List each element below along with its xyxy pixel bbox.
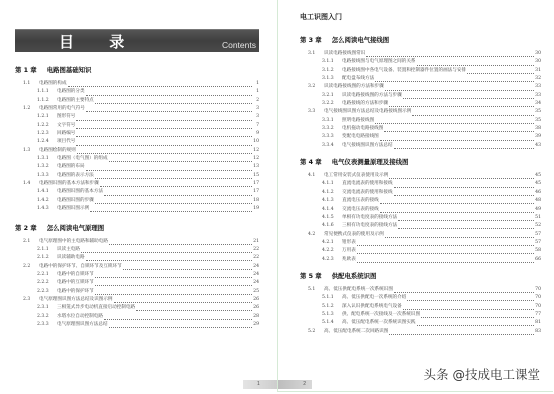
- banner-subtitle: Contents: [222, 40, 256, 50]
- chapter-number: 第 3 章: [300, 36, 322, 44]
- entry-page-number: 26: [253, 296, 259, 304]
- toc-subsection-entry[interactable]: 4.1.3直流电压表的接线48: [300, 197, 541, 205]
- entry-code: 4.2.3: [322, 256, 342, 264]
- entry-title: 电路图的主要特点: [57, 97, 94, 105]
- entry-code: 1.2.4: [37, 138, 57, 146]
- toc-section-entry[interactable]: 2.2电路中的保护环节、自锁环节及互锁环节24: [15, 263, 259, 271]
- entry-page-number: 51: [535, 214, 541, 222]
- toc-subsection-entry[interactable]: 4.2.2万用表58: [300, 247, 541, 255]
- entry-page-number: 21: [253, 238, 259, 246]
- entry-page-number: 66: [535, 256, 541, 264]
- banner-title: 目 录: [59, 31, 139, 52]
- toc-subsection-entry[interactable]: 1.4.2电路图识图的步骤18: [15, 197, 259, 205]
- entry-title: 三相笼式异步电动机直接启动控制电路: [57, 304, 135, 312]
- toc-subsection-entry[interactable]: 1.3.2电路图的布局13: [15, 163, 259, 171]
- entry-title: 照明电路接线图: [342, 117, 374, 125]
- entry-title: 电路图的布局: [57, 163, 85, 171]
- dot-leader: [100, 181, 252, 187]
- entry-title: 钳形表: [342, 239, 356, 247]
- dot-leader: [417, 320, 534, 326]
- dot-leader: [95, 173, 252, 179]
- dot-leader: [95, 289, 252, 295]
- dot-leader: [357, 240, 534, 246]
- toc-subsection-entry[interactable]: 3.1.3配电盘布线方法32: [300, 75, 541, 83]
- dot-leader: [104, 190, 252, 196]
- entry-page-number: 9: [253, 130, 259, 138]
- watermark: 头条 @技成电工课堂: [424, 365, 540, 383]
- dot-leader: [375, 76, 534, 82]
- toc-subsection-entry[interactable]: 3.2.2电路接线的方法和步骤34: [300, 100, 541, 108]
- entry-title: 电路中的保护环节、自锁环节及互锁环节: [39, 263, 122, 271]
- entry-code: 1.1: [23, 80, 39, 88]
- entry-title: 文字符号: [57, 122, 75, 130]
- toc-subsection-entry[interactable]: 3.1.2电路接线图中各电气设备、装置和控制器件位置的画法与安排31: [300, 67, 541, 75]
- entry-page-number: 17: [253, 180, 259, 188]
- entry-page-number: 25: [253, 288, 259, 296]
- entry-title: 电气原理图中的主电路和辅助电路: [39, 238, 108, 246]
- toc-subsection-entry[interactable]: 1.3.3电路图的表示方法15: [15, 172, 259, 180]
- entry-title: 电路图的表示方法: [57, 172, 94, 180]
- entry-title: 高、低压供配电一次系统的介绍: [342, 294, 406, 302]
- entry-page-number: 38: [535, 125, 541, 133]
- entry-page-number: 33: [535, 83, 541, 91]
- toc-subsection-entry[interactable]: 1.2.3回路编号9: [15, 130, 259, 138]
- chapter-title: 怎么阅读电气接线图: [332, 36, 390, 44]
- entry-code: 3.3.2: [322, 125, 342, 133]
- entry-code: 2.3: [23, 296, 39, 304]
- entry-code: 1.1.1: [37, 88, 57, 96]
- entry-page-number: 1: [253, 80, 259, 88]
- dot-leader: [109, 239, 252, 245]
- entry-title: 单相有功电度表的接线方法: [342, 214, 397, 222]
- entry-code: 3.1: [308, 50, 324, 58]
- right-page: 电工识图入门 第 3 章怎么阅读电气接线图3.1识读电路接线图常识303.1.1…: [277, 0, 553, 392]
- toc-subsection-entry[interactable]: 3.3.4电气接线图识图方法总结43: [300, 142, 541, 150]
- entry-page-number: 22: [253, 246, 259, 254]
- entry-code: 1.2: [23, 105, 39, 113]
- toc-subsection-entry[interactable]: 1.4.3电路图识图示例19: [15, 205, 259, 213]
- entry-code: 2.3.2: [37, 313, 57, 321]
- entry-title: 常见便携式仪表的使用及示例: [324, 231, 384, 239]
- entry-code: 2.3.1: [37, 304, 57, 312]
- entry-page-number: 83: [535, 328, 541, 336]
- entry-code: 3.3.4: [322, 142, 342, 150]
- entry-title: 三相有功电度表的接线方法: [342, 222, 397, 230]
- entry-page-number: 35: [535, 117, 541, 125]
- entry-code: 1.3.2: [37, 163, 57, 171]
- dot-leader: [384, 126, 534, 132]
- entry-title: 电路中的保护环节: [57, 288, 94, 296]
- dot-leader: [86, 255, 252, 261]
- entry-title: 电路图常用的电气符号: [39, 105, 85, 113]
- toc-subsection-entry[interactable]: 5.1.4高、低压配电系统一次系统识图实践81: [300, 319, 541, 327]
- chapter-title: 怎么阅读电气原理图: [47, 224, 105, 232]
- toc-subsection-entry[interactable]: 1.2.2文字符号7: [15, 122, 259, 130]
- entry-code: 4.1.4: [322, 206, 342, 214]
- toc-section-entry[interactable]: 1.4电路图识图的基本方法和步骤17: [15, 180, 259, 188]
- toc-section-entry[interactable]: 1.3电路图绘制的规则12: [15, 147, 259, 155]
- entry-code: 1.4.1: [37, 188, 57, 196]
- entry-title: 直流电压表的接线: [342, 197, 379, 205]
- toc-subsection-entry[interactable]: 3.3.2电机拖动电路接线图38: [300, 125, 541, 133]
- entry-code: 2.1.1: [37, 246, 57, 254]
- chapter-block: 第 5 章供配电系统识图5.1高、低压供配电系统一次系统识图705.1.1高、低…: [300, 272, 541, 336]
- entry-title: 识读主电路: [57, 246, 80, 254]
- chapter-block: 第 1 章电路图基础知识1.1电路图的构成11.1.1电路图的分类11.1.2电…: [15, 66, 259, 214]
- chapter-block: 第 4 章电气仪表测量原理及接线图4.1电工常用安装式仪表使用及示例454.1.…: [300, 158, 541, 264]
- entry-page-number: 10: [253, 138, 259, 146]
- dot-leader: [357, 257, 534, 263]
- entry-page-number: 52: [535, 222, 541, 230]
- chapter-number: 第 5 章: [300, 272, 322, 280]
- entry-page-number: 81: [535, 319, 541, 327]
- entry-title: 识读电路接线图常识: [324, 50, 365, 58]
- entry-code: 2.2.2: [37, 279, 57, 287]
- entry-title: 电路图（电气图）的组成: [57, 155, 108, 163]
- entry-code: 2.1.2: [37, 254, 57, 262]
- dot-leader: [394, 190, 534, 196]
- toc-subsection-entry[interactable]: 2.1.1识读主电路22: [15, 246, 259, 254]
- entry-page-number: 1: [253, 88, 259, 96]
- page-number-left: 1: [243, 380, 277, 389]
- toc-subsection-entry[interactable]: 4.1.5单相有功电度表的接线方法51: [300, 214, 541, 222]
- entry-title: 交流电压表的接线: [342, 206, 379, 214]
- dot-leader: [394, 143, 534, 149]
- entry-page-number: 26: [253, 304, 259, 312]
- dot-leader: [380, 135, 534, 141]
- entry-page-number: 19: [253, 205, 259, 213]
- entry-page-number: 29: [253, 321, 259, 329]
- dot-leader: [95, 198, 252, 204]
- entry-page-number: 22: [253, 254, 259, 262]
- entry-code: 3.3: [308, 108, 324, 116]
- toc-subsection-entry[interactable]: 2.2.2电路中的互锁环节24: [15, 279, 259, 287]
- entry-code: 4.1.6: [322, 222, 342, 230]
- entry-title: 图形符号: [57, 113, 75, 121]
- entry-page-number: 77: [535, 311, 541, 319]
- entry-code: 4.1.2: [322, 189, 342, 197]
- dot-leader: [380, 198, 534, 204]
- toc-left: 第 1 章电路图基础知识1.1电路图的构成11.1.1电路图的分类11.1.2电…: [15, 66, 259, 329]
- entry-page-number: 30: [535, 50, 541, 58]
- toc-subsection-entry[interactable]: 4.1.4交流电压表的接线49: [300, 206, 541, 214]
- toc-subsection-entry[interactable]: 4.2.3兆欧表66: [300, 256, 541, 264]
- entry-code: 5.1.3: [322, 311, 342, 319]
- toc-section-entry[interactable]: 2.1电气原理图中的主电路和辅助电路21: [15, 238, 259, 246]
- entry-code: 4.2.1: [322, 239, 342, 247]
- entry-code: 4.1: [308, 172, 324, 180]
- toc-subsection-entry[interactable]: 4.2.1钳形表57: [300, 239, 541, 247]
- entry-code: 3.3.3: [322, 133, 342, 141]
- toc-section-entry[interactable]: 4.1电工常用安装式仪表使用及示例45: [300, 172, 541, 180]
- dot-leader: [76, 131, 252, 137]
- entry-page-number: 45: [535, 180, 541, 188]
- dot-leader: [394, 287, 534, 293]
- entry-title: 高、低压供配电系统一次系统识图: [324, 286, 393, 294]
- entry-code: 3.3.1: [322, 117, 342, 125]
- entry-title: 电气接线图识图方法总结及电路接线图示例: [324, 108, 411, 116]
- left-page: 目 录 Contents 第 1 章电路图基础知识1.1电路图的构成11.1.1…: [0, 0, 277, 394]
- dot-leader: [136, 305, 252, 311]
- entry-title: 电路接线的方法和步骤: [342, 100, 388, 108]
- toc-section-entry[interactable]: 5.2高、低压配电系统二次回路识图83: [300, 328, 541, 336]
- dot-leader: [403, 93, 534, 99]
- entry-code: 1.4.2: [37, 197, 57, 205]
- toc-subsection-entry[interactable]: 5.1.3供、配电系统一次接线及一次系统识图77: [300, 311, 541, 319]
- dot-leader: [76, 140, 252, 146]
- entry-code: 3.2.2: [322, 100, 342, 108]
- entry-page-number: 28: [253, 313, 259, 321]
- toc-subsection-entry[interactable]: 4.1.1直流电流表的使用和接线45: [300, 180, 541, 188]
- toc-subsection-entry[interactable]: 3.3.3变配电电路接线图39: [300, 133, 541, 141]
- entry-code: 5.1.4: [322, 319, 342, 327]
- toc-section-entry[interactable]: 1.2电路图常用的电气符号3: [15, 105, 259, 113]
- toc-subsection-entry[interactable]: 2.1.2识读辅助电路22: [15, 254, 259, 262]
- entry-page-number: 49: [535, 206, 541, 214]
- entry-page-number: 12: [253, 147, 259, 155]
- chapter-block: 第 2 章怎么阅读电气原理图2.1电气原理图中的主电路和辅助电路212.1.1识…: [15, 224, 259, 330]
- chapter-number: 第 2 章: [15, 224, 37, 232]
- contents-banner: 目 录 Contents: [15, 29, 259, 52]
- entry-title: 电路接线图中各电气设备、装置和控制器件位置的画法与安排: [342, 67, 466, 75]
- entry-title: 万用表: [342, 247, 356, 255]
- toc-section-entry[interactable]: 5.1高、低压供配电系统一次系统识图70: [300, 286, 541, 294]
- entry-title: 识读电路接线图的方法和步骤: [324, 83, 384, 91]
- entry-title: 识读辅助电路: [57, 254, 85, 262]
- chapter-title: 电气仪表测量原理及接线图: [332, 158, 409, 166]
- entry-code: 1.2.1: [37, 113, 57, 121]
- entry-code: 1.2.2: [37, 122, 57, 130]
- entry-code: 2.2: [23, 263, 39, 271]
- dot-leader: [375, 118, 534, 124]
- entry-title: 直流电流表的使用和接线: [342, 180, 393, 188]
- entry-title: 交流电流表的使用和接线: [342, 189, 393, 197]
- entry-code: 5.1.2: [322, 303, 342, 311]
- entry-title: 识读电路接线图的方法与步骤: [342, 92, 402, 100]
- chapter-title: 供配电系统识图: [332, 272, 377, 280]
- entry-code: 1.4.3: [37, 205, 57, 213]
- entry-code: 4.2.2: [322, 247, 342, 255]
- toc-subsection-entry[interactable]: 4.1.2交流电流表的使用和接线46: [300, 189, 541, 197]
- dot-leader: [76, 123, 252, 129]
- toc-subsection-entry[interactable]: 2.2.3电路中的保护环节25: [15, 288, 259, 296]
- dot-leader: [467, 68, 534, 74]
- entry-page-number: 58: [535, 247, 541, 255]
- entry-code: 5.1.1: [322, 294, 342, 302]
- toc-subsection-entry[interactable]: 5.1.1高、低压供配电一次系统的介绍70: [300, 294, 541, 302]
- toc-section-entry[interactable]: 3.2识读电路接线图的方法和步骤33: [300, 83, 541, 91]
- entry-title: 电气接线图识图方法总结: [342, 142, 393, 150]
- entry-code: 3.1.1: [322, 58, 342, 66]
- entry-page-number: 13: [253, 163, 259, 171]
- dot-leader: [95, 272, 252, 278]
- toc-subsection-entry[interactable]: 5.1.2深入认识供配电系统电气设备70: [300, 303, 541, 311]
- entry-title: 高、低压配电系统一次系统识图实践: [342, 319, 416, 327]
- entry-page-number: 43: [535, 142, 541, 150]
- toc-subsection-entry[interactable]: 1.4.1电路图识图的基本方法17: [15, 188, 259, 196]
- entry-page-number: 35: [535, 108, 541, 116]
- chapter-heading: 第 4 章电气仪表测量原理及接线图: [300, 158, 541, 167]
- dot-leader: [90, 206, 252, 212]
- entry-title: 变配电电路接线图: [342, 133, 379, 141]
- entry-page-number: 57: [535, 231, 541, 239]
- entry-page-number: 24: [253, 263, 259, 271]
- entry-code: 2.2.3: [37, 288, 57, 296]
- entry-code: 2.3.3: [37, 321, 57, 329]
- entry-title: 电气原理图识图方法总结: [57, 321, 108, 329]
- entry-page-number: 33: [535, 92, 541, 100]
- dot-leader: [389, 173, 534, 179]
- entry-page-number: 24: [253, 271, 259, 279]
- entry-code: 3.2.1: [322, 92, 342, 100]
- entry-page-number: 70: [535, 286, 541, 294]
- dot-leader: [95, 98, 252, 104]
- entry-code: 1.1.2: [37, 97, 57, 105]
- toc-right: 第 3 章怎么阅读电气接线图3.1识读电路接线图常识303.1.1电路接线图与电…: [300, 36, 541, 336]
- entry-page-number: 46: [535, 189, 541, 197]
- entry-page-number: 31: [535, 67, 541, 75]
- chapter-number: 第 4 章: [300, 158, 322, 166]
- entry-page-number: 45: [535, 172, 541, 180]
- entry-page-number: 3: [253, 105, 259, 113]
- entry-page-number: 3: [253, 113, 259, 121]
- dot-leader: [114, 297, 252, 303]
- toc-section-entry[interactable]: 3.1识读电路接线图常识30: [300, 50, 541, 58]
- entry-code: 5.1: [308, 286, 324, 294]
- running-head: 电工识图入门: [300, 12, 342, 22]
- page-number-right: 2: [278, 380, 312, 389]
- entry-page-number: 17: [253, 188, 259, 196]
- entry-page-number: 2: [253, 97, 259, 105]
- entry-title: 回路编号: [57, 130, 75, 138]
- chapter-number: 第 1 章: [15, 66, 37, 74]
- dot-leader: [398, 223, 534, 229]
- dot-leader: [109, 322, 252, 328]
- entry-code: 1.3.3: [37, 172, 57, 180]
- toc-subsection-entry[interactable]: 2.3.3电气原理图识图方法总结29: [15, 321, 259, 329]
- dot-leader: [68, 81, 252, 87]
- entry-page-number: 39: [535, 133, 541, 141]
- chapter-heading: 第 2 章怎么阅读电气原理图: [15, 224, 259, 233]
- dot-leader: [81, 247, 252, 253]
- dot-leader: [95, 280, 252, 286]
- chapter-heading: 第 5 章供配电系统识图: [300, 272, 541, 281]
- entry-page-number: 70: [535, 294, 541, 302]
- dot-leader: [86, 165, 252, 171]
- entry-title: 配电盘布线方法: [342, 75, 374, 83]
- chapter-title: 电路图基础知识: [47, 66, 92, 74]
- toc-subsection-entry[interactable]: 1.2.4项目代号10: [15, 138, 259, 146]
- entry-code: 1.3.1: [37, 155, 57, 163]
- entry-page-number: 7: [253, 122, 259, 130]
- entry-code: 3.1.2: [322, 67, 342, 75]
- entry-code: 2.2.1: [37, 271, 57, 279]
- dot-leader: [417, 60, 534, 66]
- toc-subsection-entry[interactable]: 1.3.1电路图（电气图）的组成12: [15, 155, 259, 163]
- toc-subsection-entry[interactable]: 1.1.2电路图的主要特点2: [15, 97, 259, 105]
- entry-title: 项目代号: [57, 138, 75, 146]
- entry-title: 电路图的构成: [39, 80, 67, 88]
- dot-leader: [109, 156, 252, 162]
- entry-title: 供、配电系统一次接线及一次系统识图: [342, 311, 420, 319]
- toc-section-entry[interactable]: 2.3电气原理图识图方法总结及识图示例26: [15, 296, 259, 304]
- entry-title: 深入认识供配电系统电气设备: [342, 303, 402, 311]
- toc-subsection-entry[interactable]: 4.1.6三相有功电度表的接线方法52: [300, 222, 541, 230]
- toc-subsection-entry[interactable]: 2.2.1电路中的自锁环节24: [15, 271, 259, 279]
- dot-leader: [407, 295, 534, 301]
- dot-leader: [394, 182, 534, 188]
- toc-subsection-entry[interactable]: 3.2.1识读电路接线图的方法与步骤33: [300, 92, 541, 100]
- toc-subsection-entry[interactable]: 2.3.2水塔水位自动控制电路28: [15, 313, 259, 321]
- dot-leader: [398, 215, 534, 221]
- entry-code: 2.1: [23, 238, 39, 246]
- toc-section-entry[interactable]: 4.2常见便携式仪表的使用及示例57: [300, 231, 541, 239]
- entry-code: 1.4: [23, 180, 39, 188]
- dot-leader: [412, 110, 534, 116]
- entry-code: 4.1.1: [322, 180, 342, 188]
- toc-subsection-entry[interactable]: 2.3.1三相笼式异步电动机直接启动控制电路26: [15, 304, 259, 312]
- dot-leader: [123, 264, 252, 270]
- entry-code: 5.2: [308, 328, 324, 336]
- entry-title: 电路图绘制的规则: [39, 147, 76, 155]
- entry-page-number: 18: [253, 197, 259, 205]
- entry-title: 电机拖动电路接线图: [342, 125, 383, 133]
- entry-title: 水塔水位自动控制电路: [57, 313, 103, 321]
- entry-page-number: 70: [535, 303, 541, 311]
- dot-leader: [389, 329, 534, 335]
- dot-leader: [385, 85, 534, 91]
- dot-leader: [385, 232, 534, 238]
- entry-code: 3.1.3: [322, 75, 342, 83]
- toc-subsection-entry[interactable]: 3.1.1电路接线图与电气原理图之间的关系30: [300, 58, 541, 66]
- entry-page-number: 15: [253, 172, 259, 180]
- entry-title: 高、低压配电系统二次回路识图: [324, 328, 388, 336]
- entry-page-number: 48: [535, 197, 541, 205]
- dot-leader: [389, 101, 534, 107]
- entry-title: 电路接线图与电气原理图之间的关系: [342, 58, 416, 66]
- entry-code: 4.1.5: [322, 214, 342, 222]
- entry-title: 兆欧表: [342, 256, 356, 264]
- chapter-heading: 第 1 章电路图基础知识: [15, 66, 259, 75]
- toc-section-entry[interactable]: 3.3电气接线图识图方法总结及电路接线图示例35: [300, 108, 541, 116]
- dot-leader: [380, 207, 534, 213]
- entry-title: 电路图识图的基本方法: [57, 188, 103, 196]
- entry-page-number: 34: [535, 100, 541, 108]
- toc-section-entry[interactable]: 1.1电路图的构成1: [15, 80, 259, 88]
- entry-title: 电气原理图识图方法总结及识图示例: [39, 296, 113, 304]
- entry-title: 电路图识图示例: [57, 205, 89, 213]
- entry-page-number: 32: [535, 75, 541, 83]
- dot-leader: [104, 314, 252, 320]
- dot-leader: [357, 248, 534, 254]
- entry-code: 3.2: [308, 83, 324, 91]
- entry-page-number: 57: [535, 239, 541, 247]
- chapter-block: 第 3 章怎么阅读电气接线图3.1识读电路接线图常识303.1.1电路接线图与电…: [300, 36, 541, 150]
- dot-leader: [76, 115, 252, 121]
- dot-leader: [403, 304, 534, 310]
- entry-code: 1.2.3: [37, 130, 57, 138]
- entry-title: 电工常用安装式仪表使用及示例: [324, 172, 388, 180]
- entry-title: 电路中的互锁环节: [57, 279, 94, 287]
- toc-subsection-entry[interactable]: 3.3.1照明电路接线图35: [300, 117, 541, 125]
- toc-subsection-entry[interactable]: 1.2.1图形符号3: [15, 113, 259, 121]
- entry-page-number: 12: [253, 155, 259, 163]
- entry-code: 4.2: [308, 231, 324, 239]
- entry-code: 4.1.3: [322, 197, 342, 205]
- toc-subsection-entry[interactable]: 1.1.1电路图的分类1: [15, 88, 259, 96]
- entry-code: 1.3: [23, 147, 39, 155]
- entry-title: 电路图识图的步骤: [57, 197, 94, 205]
